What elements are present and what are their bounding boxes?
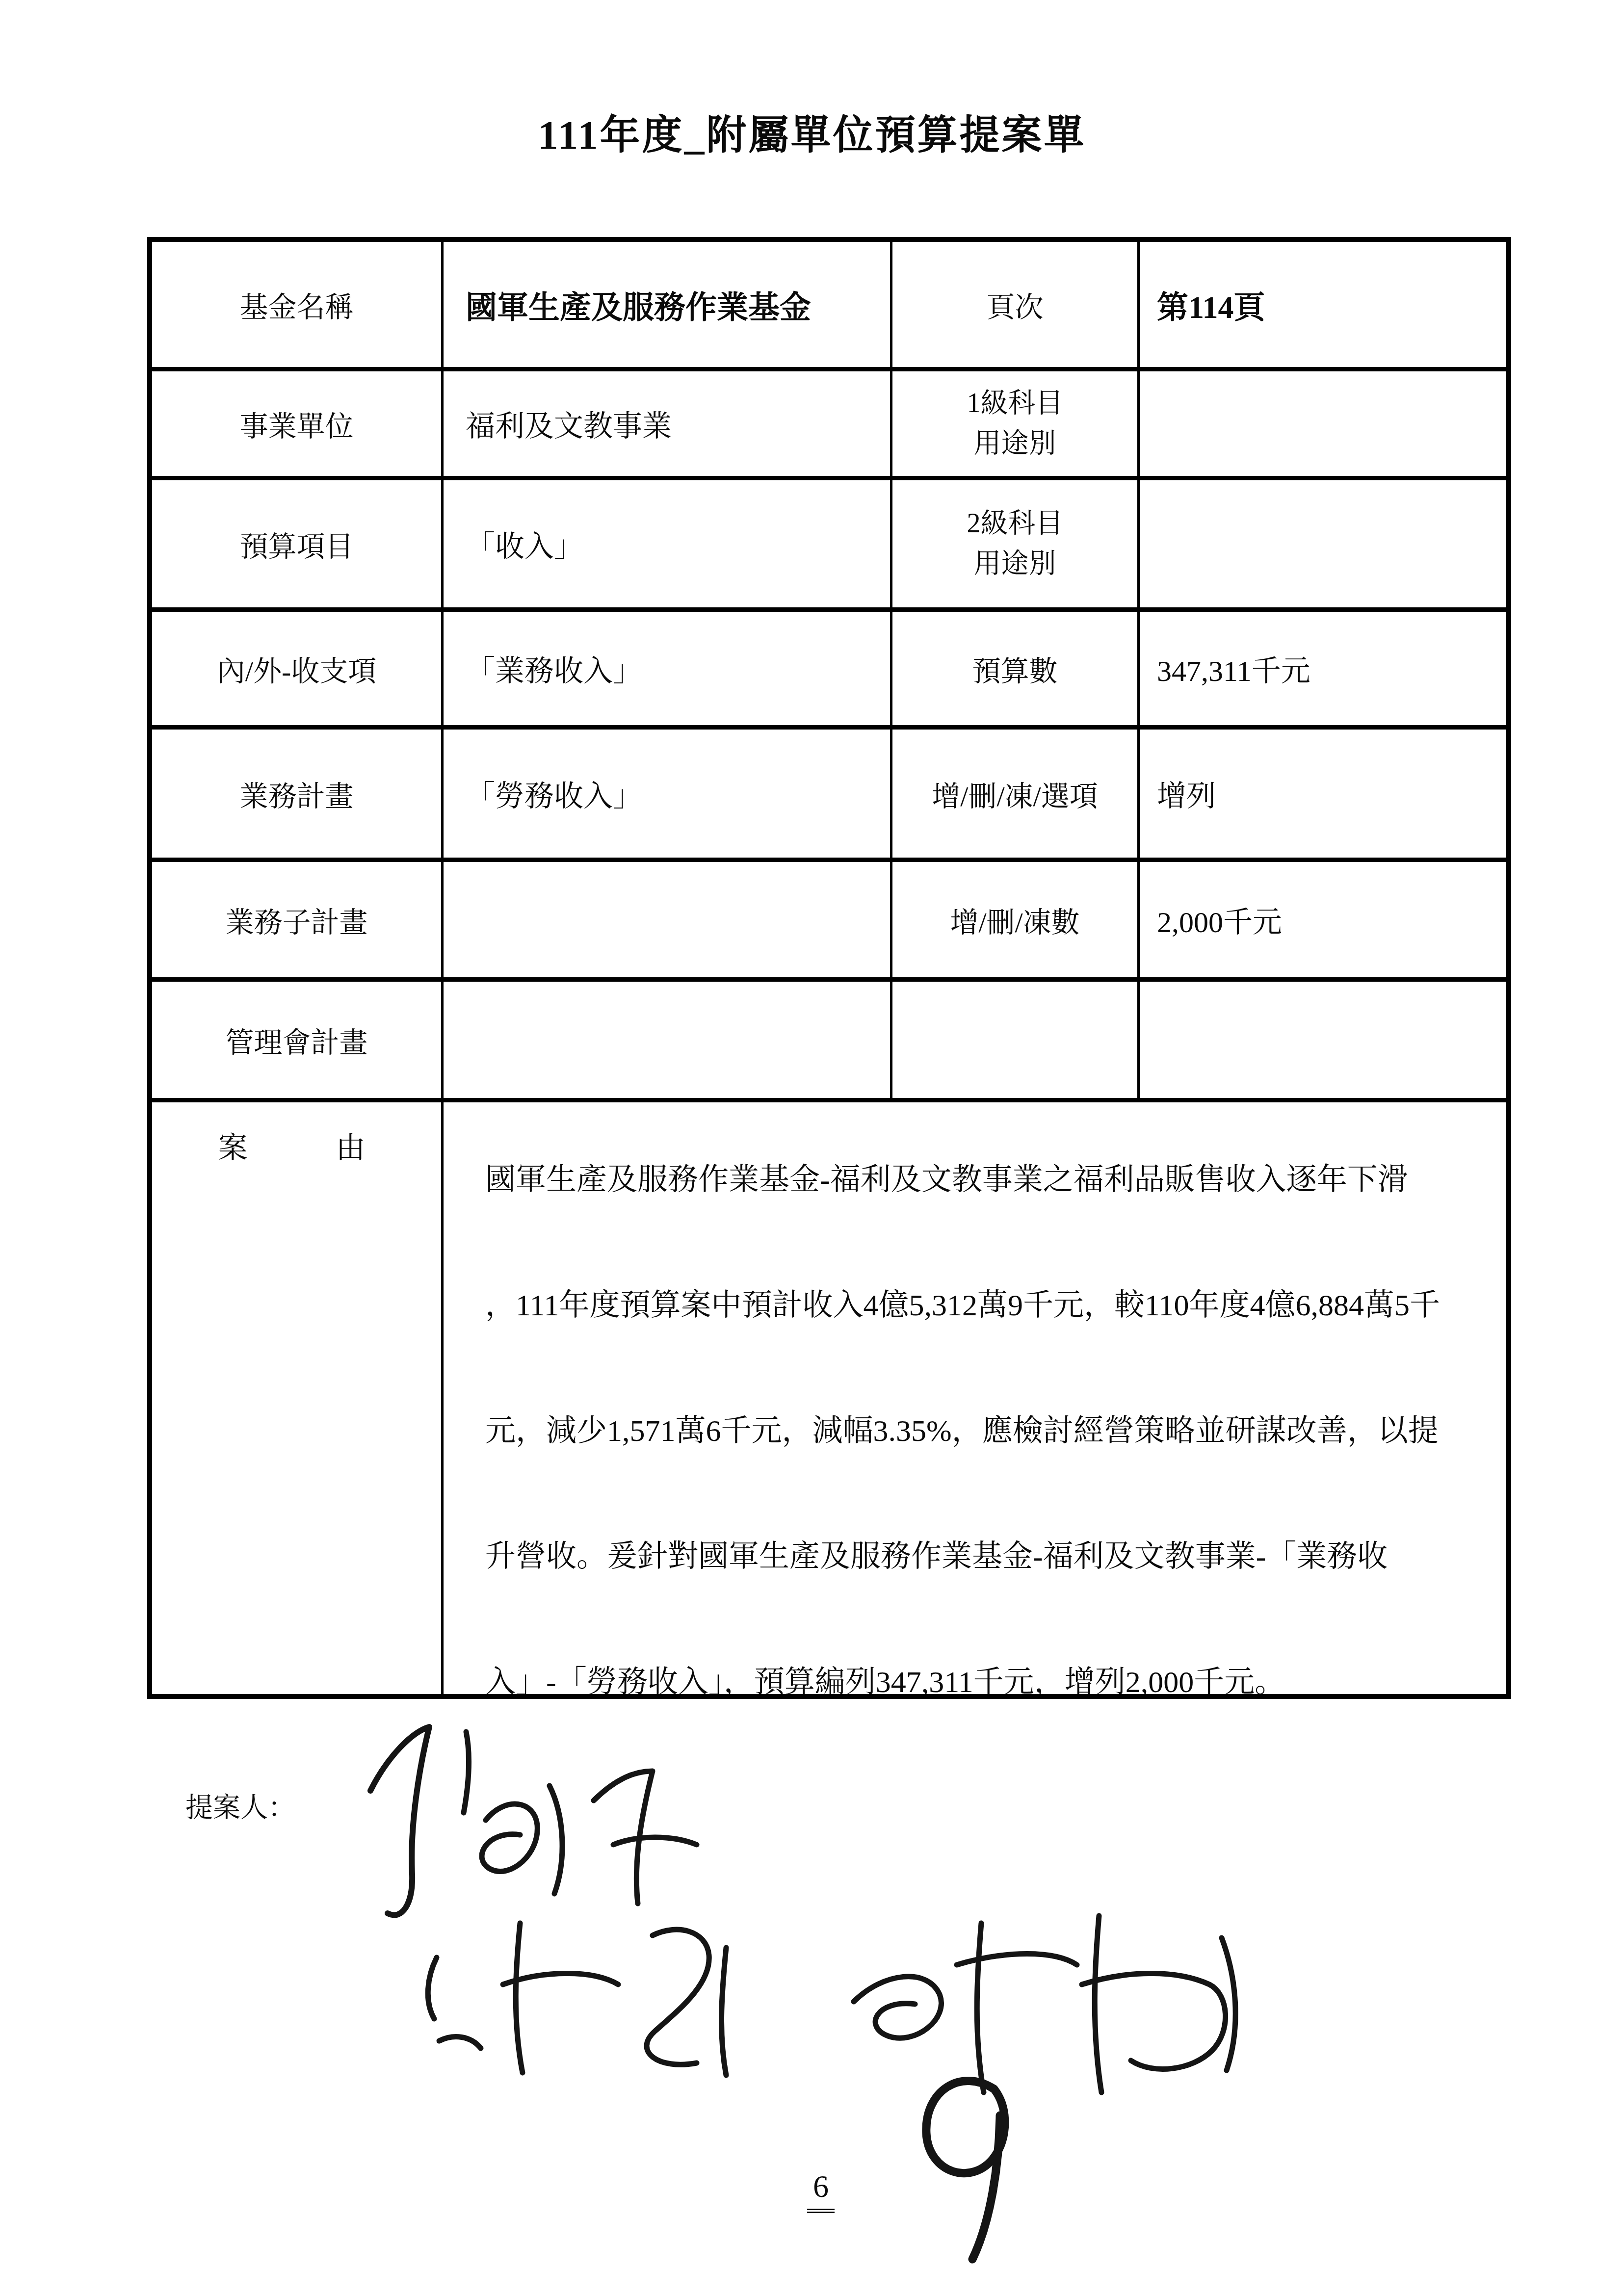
case-line-5: 入」-「勞務收入」，預算編列347,311千元，增列2,000千元。 <box>485 1619 1482 1694</box>
fund-name-value: 國軍生產及服務作業基金 <box>441 242 890 367</box>
page-index-label: 頁次 <box>890 242 1137 367</box>
business-unit-value: 福利及文教事業 <box>441 367 890 476</box>
case-subject-label: 案 由 <box>152 1098 441 1694</box>
adjust-amount-value: 2,000千元 <box>1137 858 1506 977</box>
business-plan-label: 業務計畫 <box>152 725 441 858</box>
case-subject-text: 國軍生產及服務作業基金-福利及文教事業之福利品販售收入逐年下滑 ，111年度預算… <box>485 1117 1482 1694</box>
case-line-4: 升營收。爰針對國軍生產及服務作業基金-福利及文教事業-「業務收 <box>485 1494 1482 1619</box>
case-line-1: 國軍生產及服務作業基金-福利及文教事業之福利品販售收入逐年下滑 <box>485 1117 1482 1243</box>
case-line-2: ，111年度預算案中預計收入4億5,312萬9千元，較110年度4億6,884萬… <box>485 1243 1482 1368</box>
budget-item-label: 預算項目 <box>152 476 441 607</box>
fund-name-label: 基金名稱 <box>152 242 441 367</box>
adjust-option-label: 增/刪/凍/選項 <box>890 725 1137 858</box>
level1-subject-label: 1級科目 用途別 <box>890 367 1137 476</box>
proposer-signature-3 <box>810 1889 1276 2105</box>
case-line-3: 元，減少1,571萬6千元，減幅3.35%，應檢討經營策略並研謀改善，以提 <box>485 1368 1482 1494</box>
page-index-value: 第114頁 <box>1137 242 1506 367</box>
business-unit-label: 事業單位 <box>152 367 441 476</box>
adjust-option-value: 增列 <box>1137 725 1506 858</box>
management-plan-value2 <box>1137 977 1506 1098</box>
level1-subject-value <box>1137 367 1506 476</box>
budget-amount-label: 預算數 <box>890 607 1137 725</box>
proposer-signature-2 <box>402 1889 775 2095</box>
business-plan-value: 「勞務收入」 <box>441 725 890 858</box>
income-expense-value: 「業務收入」 <box>441 607 890 725</box>
level2-subject-label: 2級科目 用途別 <box>890 476 1137 607</box>
income-expense-label: 內/外-收支項 <box>152 607 441 725</box>
management-plan-value <box>441 977 890 1098</box>
handwritten-number-9 <box>898 2061 1035 2267</box>
budget-amount-value: 347,311千元 <box>1137 607 1506 725</box>
scanned-budget-proposal-form: 111年度_附屬單位預算提案單 基金名稱 國軍生產及服務作業基金 頁次 第114… <box>0 0 1624 2296</box>
page-number: 6 <box>807 2168 835 2213</box>
proposer-label: 提案人： <box>185 1786 295 1825</box>
case-subject-cell: 國軍生產及服務作業基金-福利及文教事業之福利品販售收入逐年下滑 ，111年度預算… <box>441 1098 1506 1694</box>
management-plan-label: 管理會計畫 <box>152 977 441 1098</box>
budget-proposal-table: 基金名稱 國軍生產及服務作業基金 頁次 第114頁 事業單位 福利及文教事業 1… <box>147 237 1511 1699</box>
adjust-amount-label: 增/刪/凍數 <box>890 858 1137 977</box>
budget-item-value: 「收入」 <box>441 476 890 607</box>
level2-subject-value <box>1137 476 1506 607</box>
business-subplan-label: 業務子計畫 <box>152 858 441 977</box>
page-title: 111年度_附屬單位預算提案單 <box>0 103 1624 160</box>
management-plan-label2 <box>890 977 1137 1098</box>
business-subplan-value <box>441 858 890 977</box>
